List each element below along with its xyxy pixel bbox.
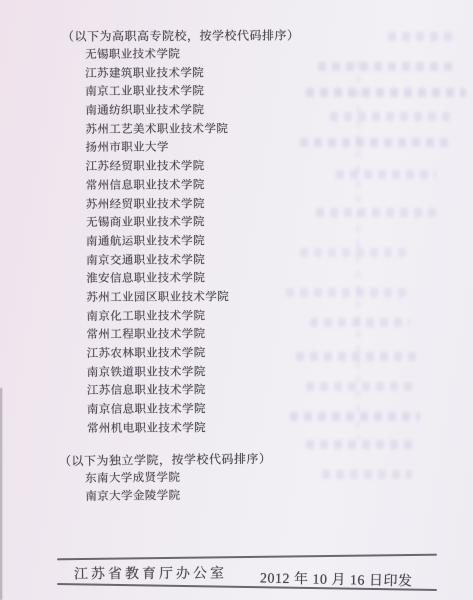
list-item: 南京信息职业技术学院 <box>87 400 230 419</box>
vocational-college-list: 无锡职业技术学院江苏建筑职业技术学院南京工业职业技术学院南通纺织职业技术学院苏州… <box>85 45 230 438</box>
list-item: 江苏信息职业技术学院 <box>87 382 230 401</box>
list-item: 无锡商业职业技术学院 <box>86 213 229 232</box>
list-item: 南京大学金陵学院 <box>85 487 180 507</box>
issuing-office: 江苏省教育厅办公室 <box>74 562 227 583</box>
list-item: 苏州经贸职业技术学院 <box>86 195 229 214</box>
list-item: 南京交通职业技术学院 <box>86 251 229 270</box>
list-item: 苏州工业园区职业技术学院 <box>86 288 229 307</box>
section-heading-independent-colleges: （以下为独立学院，按学校代码排序） <box>59 450 272 470</box>
list-item: 常州工程职业技术学院 <box>86 326 229 345</box>
list-item: 南通航运职业技术学院 <box>86 232 229 251</box>
list-item: 南京铁道职业技术学院 <box>87 363 230 382</box>
list-item: 江苏农林职业技术学院 <box>87 344 230 363</box>
list-item: 苏州工艺美术职业技术学院 <box>85 120 228 139</box>
list-item: 扬州市职业大学 <box>85 139 228 158</box>
section-heading-vocational-colleges: （以下为高职高专院校，按学校代码排序） <box>62 26 300 44</box>
list-item: 南京化工职业技术学院 <box>86 307 229 326</box>
independent-college-list: 东南大学成贤学院南京大学金陵学院 <box>85 469 181 507</box>
left-scan-edge-shadow <box>0 388 2 600</box>
list-item: 江苏建筑职业技术学院 <box>85 64 228 83</box>
list-item: 常州机电职业技术学院 <box>87 419 230 438</box>
list-item: 江苏经贸职业技术学院 <box>86 157 229 176</box>
list-item: 淮安信息职业技术学院 <box>86 269 229 288</box>
scanned-document-page: （以下为高职高专院校，按学校代码排序） 无锡职业技术学院江苏建筑职业技术学院南京… <box>0 0 473 600</box>
list-item: 南通纺织职业技术学院 <box>85 101 228 120</box>
footer-rule-top <box>57 554 437 561</box>
reverse-side-bleed-through-texture <box>0 0 473 600</box>
list-item: 无锡职业技术学院 <box>85 45 228 64</box>
list-item: 东南大学成贤学院 <box>85 469 180 489</box>
list-item: 南京工业职业技术学院 <box>85 83 228 102</box>
list-item: 常州信息职业技术学院 <box>86 176 229 195</box>
